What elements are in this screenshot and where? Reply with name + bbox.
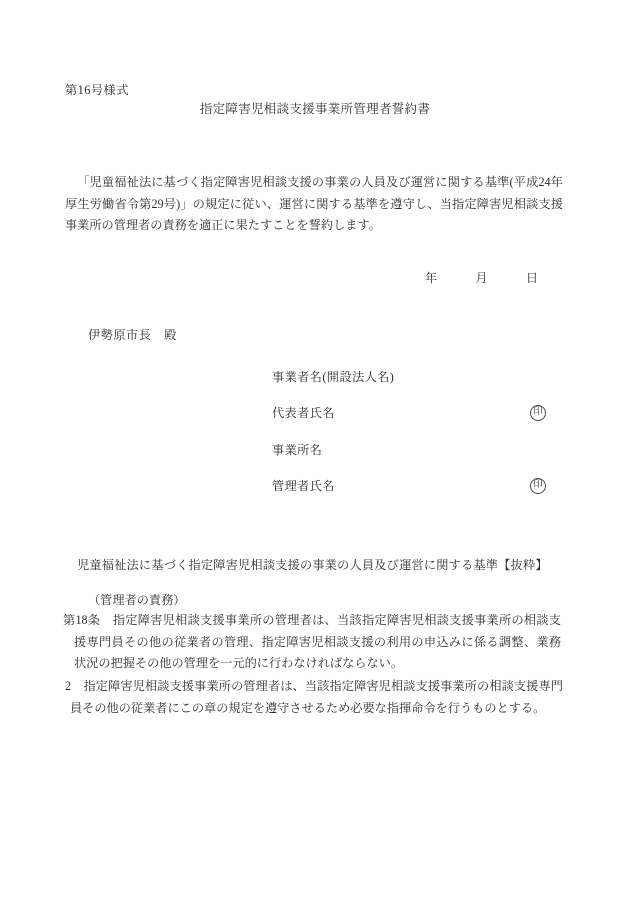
- seal-icon: 印: [530, 478, 546, 494]
- excerpt-heading: 児童福祉法に基づく指定障害児相談支援の事業の人員及び運営に関する基準【抜粋】: [77, 555, 548, 577]
- field-row-office-name: 事業所名: [272, 441, 546, 459]
- field-row-representative-name: 代表者氏名 印: [272, 404, 546, 422]
- addressee: 伊勢原市長 殿: [88, 328, 177, 342]
- article-18-2-paragraph: 2 指定障害児相談支援事業所の管理者は、当該指定障害児相談支援事業所の相談支援専…: [65, 676, 563, 719]
- seal-icon: 印: [530, 405, 546, 421]
- field-row-manager-name: 管理者氏名 印: [272, 477, 546, 495]
- document-page: 第16号様式 指定障害児相談支援事業所管理者誓約書 「児童福祉法に基づく指定障害…: [0, 0, 630, 915]
- excerpt-subheading: （管理者の責務）: [88, 590, 186, 612]
- business-name-label: 事業者名(開設法人名): [272, 369, 394, 385]
- date-line: 年 月 日: [425, 271, 538, 285]
- article-18-paragraph: 第18条 指定障害児相談支援事業所の管理者は、当該指定障害児相談支援事業所の相談…: [63, 610, 561, 675]
- day-label: 日: [526, 271, 538, 285]
- office-name-label: 事業所名: [272, 442, 322, 458]
- pledge-paragraph: 「児童福祉法に基づく指定障害児相談支援の事業の人員及び運営に関する基準(平成24…: [65, 172, 563, 237]
- document-title: 指定障害児相談支援事業所管理者誓約書: [0, 101, 630, 118]
- month-label: 月: [475, 271, 487, 285]
- field-row-business-name: 事業者名(開設法人名): [272, 368, 546, 386]
- representative-name-label: 代表者氏名: [272, 405, 335, 421]
- year-label: 年: [425, 271, 437, 285]
- form-number: 第16号様式: [65, 82, 129, 98]
- manager-name-label: 管理者氏名: [272, 478, 335, 494]
